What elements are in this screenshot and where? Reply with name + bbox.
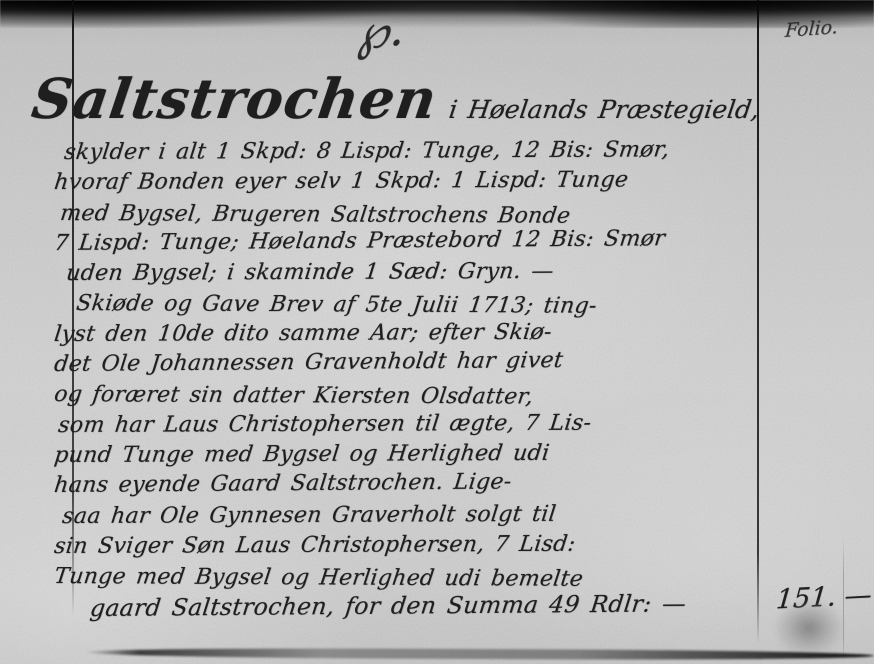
paper-crease	[843, 538, 844, 664]
manuscript-line: uden Bygsel; i skaminde 1 Sæd: Gryn. —	[64, 258, 758, 291]
manuscript-line: det Ole Johannessen Gravenholdt har give…	[52, 347, 758, 383]
manuscript-line: saa har Ole Gynnesen Graverholt solgt ti…	[60, 501, 758, 534]
paraph-mark: ℘.	[356, 1, 404, 62]
scanned-manuscript-page: ℘. Folio. Saltstrocheni Høelands Præsteg…	[0, 0, 874, 664]
manuscript-line: hans eyende Gaard Saltstrochen. Lige-	[52, 468, 758, 504]
scan-top-edge	[0, 0, 874, 28]
manuscript-line: skylder i alt 1 Skpd: 8 Lispd: Tunge, 12…	[62, 137, 758, 170]
manuscript-line: gaard Saltstrochen, for den Summa 49 Rdl…	[88, 589, 758, 625]
manuscript-line: hvoraf Bonden eyer selv 1 Skpd: 1 Lispd:…	[52, 167, 758, 200]
entry-body: skylder i alt 1 Skpd: 8 Lispd: Tunge, 12…	[54, 140, 756, 625]
district-name: i Høelands Præstegield,	[447, 95, 761, 124]
folio-label: Folio.	[784, 16, 838, 42]
manuscript-line: 7 Lispd: Tunge; Høelands Præstebord 12 B…	[52, 225, 758, 261]
scan-bottom-edge	[84, 647, 874, 660]
manuscript-line: sin Sviger Søn Laus Christophersen, 7 Li…	[52, 531, 758, 564]
entry-heading: Saltstrocheni Høelands Præstegield,	[28, 66, 765, 131]
manuscript-line: som har Laus Christophersen til ægte, 7 …	[56, 410, 758, 443]
ink-smudge	[773, 598, 845, 658]
farm-name: Saltstrochen	[28, 66, 441, 131]
